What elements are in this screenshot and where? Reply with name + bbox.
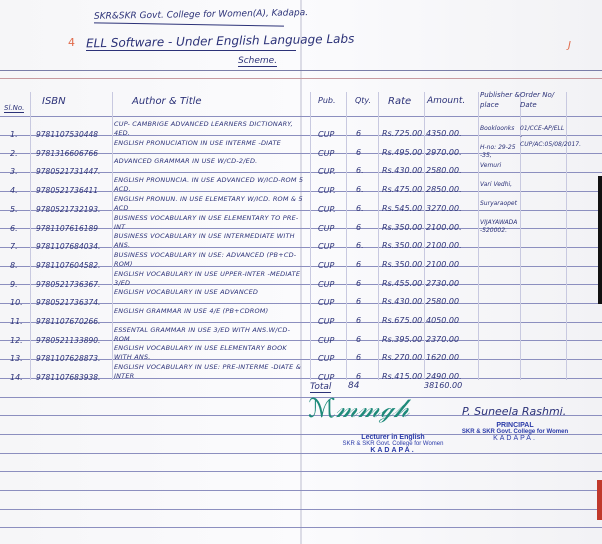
underline [86,50,296,51]
lecturer-stamp-title: Lecturer in English [318,434,468,441]
row-isbn: 9780521133890. [36,336,100,345]
row-amount: 2730.00 [426,279,459,288]
col-header-publisher-place: Publisher & place [480,90,520,110]
column-divider [112,92,113,380]
row-pub: CUP [318,298,334,307]
row-rate: Rs.350.00 [382,260,422,269]
row-pub: CUP. [318,167,336,176]
row-amount: 3270.00. [426,204,462,213]
lecturer-signature: ℳ𝓂𝓂ℊ𝒽 [308,394,409,425]
row-sl-no: 9. [10,280,18,289]
row-rate: Rs.430.00 [382,297,422,306]
row-publisher-place: Suryaraopet [480,200,522,208]
col-header-amount: Amount. [427,96,465,106]
column-divider [566,92,567,380]
principal-stamp-title: PRINCIPAL [450,422,580,429]
row-qty: 6 [356,353,361,362]
row-qty: 6. [356,241,364,250]
notebook-page: SKR&SKR Govt. College for Women(A), Kada… [0,0,602,544]
row-sl-no: 10. [10,298,23,307]
col-header-rate: Rate [388,96,411,107]
row-rate: Rs.430.00 [382,166,422,175]
row-rate: Rs.455.00 [382,279,422,288]
row-amount: 4050.00 [426,316,459,325]
row-rate: Rs.350.00 [382,223,422,232]
row-isbn: 9781107616189 [36,224,98,233]
row-author-title: ENGLISH PRONUN. IN USE ELEMETARY W/ICD. … [114,195,304,213]
row-pub: CUP [318,317,334,326]
row-pub: CUP [318,373,334,382]
row-author-title: ADVANCED GRAMMAR IN USE W/CD-2/ED. [114,157,304,166]
row-qty: 6 [356,335,361,344]
ruled-line [0,70,602,71]
row-author-title: ENGLISH PRONUNCIA. IN USE ADVANCED W/ICD… [114,176,304,194]
row-isbn: 9780521736374. [36,298,100,307]
row-publisher-place: VIJAYAWADA -520002. [480,219,522,235]
column-divider [30,92,31,380]
principal-stamp: PRINCIPAL SKR & SKR Govt. College for Wo… [450,422,580,442]
row-sl-no: 13. [10,354,23,363]
total-amount: 38160.00 [424,381,462,390]
row-author-title: ENGLISH VOCABULARY IN USE ADVANCED [114,288,304,297]
col-header-slno: Sl.No. [4,104,24,113]
margin-number: 4 [68,36,75,49]
col-header-isbn: ISBN [42,96,66,107]
row-publisher-place: H-no: 29-25 -35, [480,144,522,160]
row-rate: Rs.350.00 [382,241,422,250]
row-pub: CUP [318,149,334,158]
principal-stamp-city: KADAPA. [450,435,580,442]
lecturer-stamp-city: KADAPA. [318,447,468,454]
row-author-title: BUSINESS VOCABULARY IN USE INTERMEDIATE … [114,232,304,250]
row-isbn: 9780521736367. [36,280,100,289]
row-isbn: 9781107628873. [36,354,100,363]
col-header-pub: Pub. [318,96,336,105]
column-divider [310,92,311,380]
row-isbn: 9781107683938. [36,373,100,382]
row-amount: 2100.00. [426,241,462,250]
row-sl-no: 8. [10,261,18,270]
principal-signature: P. Suneela Rashmi. [462,405,566,418]
row-sl-no: 5. [10,205,18,214]
row-sl-no: 14. [10,373,23,382]
column-divider [478,92,479,380]
row-amount: 4350.00. [426,129,462,138]
row-pub: CUP [318,130,334,139]
column-divider [346,92,347,380]
row-rate: Rs.675.00 [382,316,422,325]
row-isbn: 9780521731447. [36,167,100,176]
row-amount: 2580.00 [426,297,459,306]
row-sl-no: 4. [10,186,18,195]
row-qty: 6 [356,297,361,306]
row-pub: CUP. [318,186,336,195]
row-author-title: BUSINESS VOCABULARY IN USE ELEMENTARY TO… [114,214,304,232]
row-pub: CUP. [318,205,336,214]
scheme-label: Scheme. [238,56,277,67]
row-rate: Rs.545.00 [382,204,422,213]
row-qty: 6 [356,129,361,138]
row-author-title: ENGLISH VOCABULARY IN USE ELEMENTARY BOO… [114,344,304,362]
ruled-line [0,509,602,510]
row-rate: Rs.270.00 [382,353,422,362]
page-edge-mark [597,480,602,520]
row-qty: 6 [356,148,361,157]
row-rate: Rs.475.00 [382,185,422,194]
row-isbn: 9781107604582. [36,261,100,270]
row-author-title: ENGLISH VOCABULARY IN USE: PRE-INTERME -… [114,363,304,381]
row-rate: Rs.495.00 [382,148,422,157]
col-header-qty: Qty. [355,96,371,105]
row-isbn: 9780521732193. [36,205,100,214]
ruled-line [0,490,602,491]
ruled-line [0,527,602,528]
row-rate: Rs.725.00 [382,129,422,138]
row-isbn: 9781107530448 [36,130,98,139]
row-sl-no: 12. [10,336,23,345]
row-amount: 2490.00. [426,372,462,381]
row-publisher-place: Bookloonks [480,125,522,133]
row-author-title: CUP- CAMBRIGE ADVANCED LEARNERS DICTIONA… [114,120,304,138]
column-divider [424,92,425,380]
row-qty: 6. [356,185,364,194]
row-isbn: 9780521736411 [36,186,98,195]
row-rate: Rs.395.00 [382,335,422,344]
row-qty: 6. [356,166,364,175]
row-isbn: 9781107684034. [36,242,100,251]
ruled-line [0,471,602,472]
row-qty: 6 [356,316,361,325]
row-pub: CUP [318,336,334,345]
page-edge-shadow [598,176,602,304]
row-amount: 1620.00 [426,353,459,362]
column-divider [378,92,379,380]
row-rate: Rs.415.00 [382,372,422,381]
ruled-line [0,78,602,79]
row-author-title: BUSINESS VOCABULARY IN USE: ADVANCED (PB… [114,251,304,269]
row-isbn: 9781107670266. [36,317,100,326]
row-qty: 6 [356,372,361,381]
row-publisher-place: Vemuri [480,162,522,170]
total-label: Total [310,382,331,393]
row-author-title: ESSENTAL GRAMMAR IN USE 3/ED WITH ANS.W/… [114,326,304,344]
row-sl-no: 2. [10,149,18,158]
row-qty: 6 [356,260,361,269]
row-amount: 2100.00. [426,223,462,232]
document-title: ELL Software - Under English Language La… [86,32,355,51]
row-sl-no: 11. [10,317,23,326]
row-author-title: ENGLISH GRAMMAR IN USE 4/E (PB+CDROM) [114,307,304,316]
total-qty: 84 [348,381,359,391]
row-order-no: 01/CCE-AP/ELL -CUP/AC:05/08/2017. [520,125,566,149]
lecturer-stamp: Lecturer in English SKR & SKR Govt. Coll… [318,434,468,454]
row-pub: CUP [318,280,334,289]
ruled-line [0,116,602,117]
row-qty: 6 [356,223,361,232]
row-pub: CUP [318,242,334,251]
row-sl-no: 1. [10,130,18,139]
row-amount: 2100.00 [426,260,459,269]
row-amount: 2580.00. [426,166,462,175]
row-author-title: ENGLISH VOCABULARY IN USE UPPER-INTER -M… [114,270,304,288]
row-qty: 6 [356,279,361,288]
row-author-title: ENGLISH PRONUCIATION IN USE INTERME -DIA… [114,139,304,148]
ruled-line [0,453,602,454]
row-sl-no: 6. [10,224,18,233]
row-amount: 2850.00. [426,185,462,194]
college-name: SKR&SKR Govt. College for Women(A), Kada… [94,8,308,22]
row-sl-no: 7. [10,242,18,251]
row-pub: CUP [318,354,334,363]
col-header-author-title: Author & Title [132,96,202,107]
underline [94,22,284,26]
col-header-order-date: Order No/ Date [520,90,562,110]
ruled-line [0,397,602,398]
row-pub: CUP [318,224,334,233]
row-qty: 6. [356,204,364,213]
row-amount: 2370.00 [426,335,459,344]
row-amount: 2970.00. [426,148,462,157]
row-pub: CUP [318,261,334,270]
row-sl-no: 3. [10,167,18,176]
row-isbn: 9781316606766 [36,149,98,158]
corner-mark: J [568,40,571,51]
row-publisher-place: Vari Vedhi, [480,181,522,189]
